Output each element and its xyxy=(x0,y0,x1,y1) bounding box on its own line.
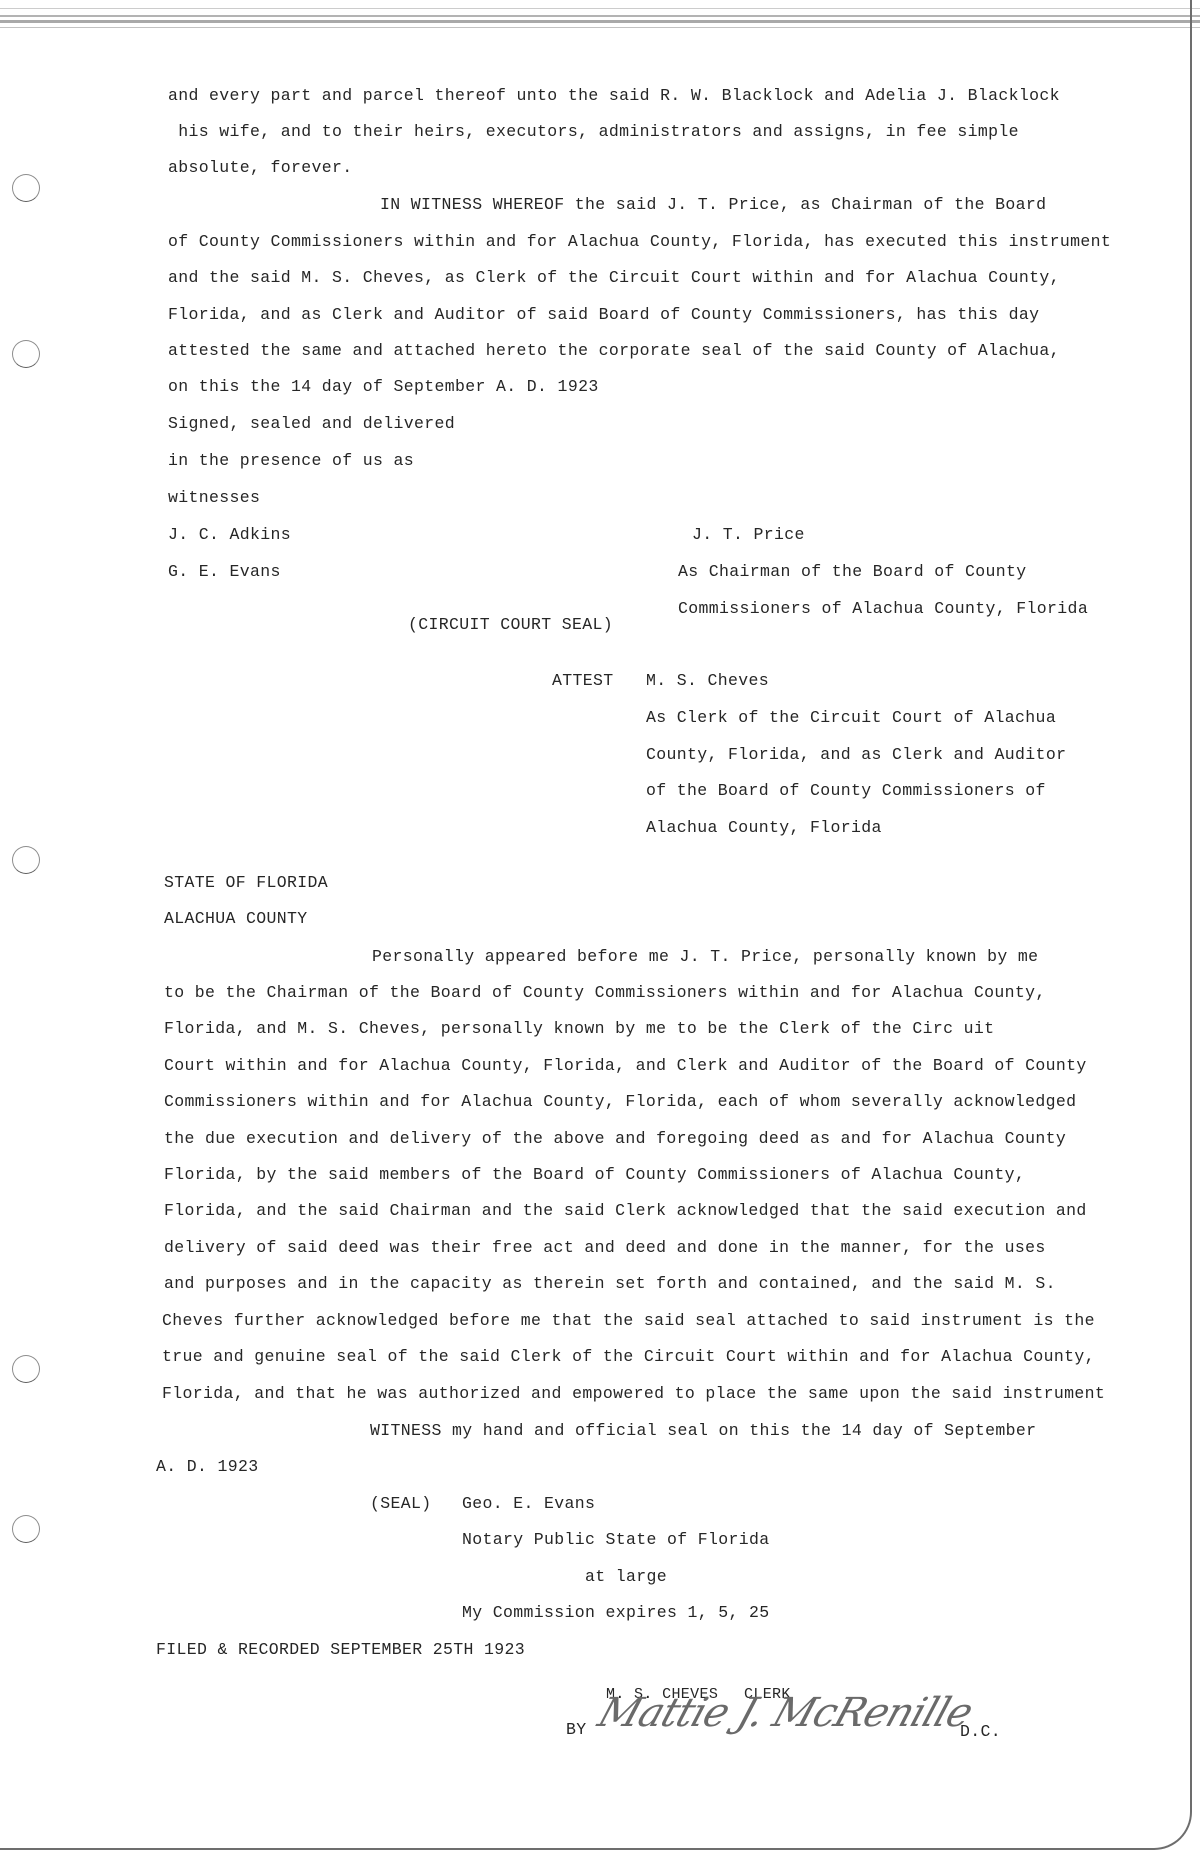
acknowledgment-line: Cheves further acknowledged before me th… xyxy=(162,1311,1095,1331)
deputy-clerk-suffix: D.C. xyxy=(960,1722,1001,1742)
notary-scope: at large xyxy=(585,1567,667,1587)
attest-name: M. S. Cheves xyxy=(646,671,769,691)
acknowledgment-line: Florida, and the said Chairman and the s… xyxy=(164,1201,1087,1221)
witness-name: G. E. Evans xyxy=(168,562,281,582)
witness-paragraph-line: IN WITNESS WHEREOF the said J. T. Price,… xyxy=(380,195,1046,215)
attest-title-line: As Clerk of the Circuit Court of Alachua xyxy=(646,708,1056,728)
acknowledgment-line: and purposes and in the capacity as ther… xyxy=(164,1274,1056,1294)
punch-hole-icon xyxy=(12,174,40,202)
venue-county: ALACHUA COUNTY xyxy=(164,909,308,929)
filed-recorded-line: FILED & RECORDED SEPTEMBER 25TH 1923 xyxy=(156,1640,525,1660)
venue-state: STATE OF FLORIDA xyxy=(164,873,328,893)
witness-name: J. C. Adkins xyxy=(168,525,291,545)
chairman-name: J. T. Price xyxy=(692,525,805,545)
witness-paragraph-line: and the said M. S. Cheves, as Clerk of t… xyxy=(168,268,1060,288)
acknowledgment-line: Florida, and that he was authorized and … xyxy=(162,1384,1105,1404)
notary-witness-line: WITNESS my hand and official seal on thi… xyxy=(370,1421,1036,1441)
deputy-signature: Mattie J. McRenille xyxy=(593,1690,978,1736)
signed-block-line: witnesses xyxy=(168,488,260,508)
chairman-title-line: As Chairman of the Board of County xyxy=(678,562,1027,582)
acknowledgment-line: true and genuine seal of the said Clerk … xyxy=(162,1347,1095,1367)
attest-title-line: of the Board of County Commissioners of xyxy=(646,781,1046,801)
punch-hole-icon xyxy=(12,340,40,368)
acknowledgment-line: to be the Chairman of the Board of Count… xyxy=(164,983,1046,1003)
acknowledgment-line: Commissioners within and for Alachua Cou… xyxy=(164,1092,1076,1112)
acknowledgment-line: Florida, and M. S. Cheves, personally kn… xyxy=(164,1019,994,1039)
document-page: and every part and parcel thereof unto t… xyxy=(0,0,1200,1860)
witness-paragraph-line: of County Commissioners within and for A… xyxy=(168,232,1111,252)
acknowledgment-line: the due execution and delivery of the ab… xyxy=(164,1129,1066,1149)
acknowledgment-line: Florida, by the said members of the Boar… xyxy=(164,1165,1025,1185)
punch-hole-icon xyxy=(12,846,40,874)
acknowledgment-line: delivery of said deed was their free act… xyxy=(164,1238,1046,1258)
acknowledgment-line: Personally appeared before me J. T. Pric… xyxy=(372,947,1038,967)
scan-artifact-band xyxy=(0,8,1200,30)
attest-title-line: County, Florida, and as Clerk and Audito… xyxy=(646,745,1066,765)
witness-paragraph-line: Florida, and as Clerk and Auditor of sai… xyxy=(168,305,1039,325)
by-label: BY xyxy=(566,1720,587,1740)
deed-text-line: his wife, and to their heirs, executors,… xyxy=(168,122,1019,142)
punch-hole-icon xyxy=(12,1355,40,1383)
signed-block-line: Signed, sealed and delivered xyxy=(168,414,455,434)
deed-text-line: and every part and parcel thereof unto t… xyxy=(168,86,1060,106)
attest-label: ATTEST xyxy=(552,671,614,691)
punch-hole-icon xyxy=(12,1515,40,1543)
notary-commission: My Commission expires 1, 5, 25 xyxy=(462,1603,770,1623)
notary-witness-date: A. D. 1923 xyxy=(156,1457,259,1477)
signed-block-line: in the presence of us as xyxy=(168,451,414,471)
witness-paragraph-line: attested the same and attached hereto th… xyxy=(168,341,1060,361)
notary-name: Geo. E. Evans xyxy=(462,1494,595,1514)
notary-seal-label: (SEAL) xyxy=(370,1494,432,1514)
circuit-court-seal-label: (CIRCUIT COURT SEAL) xyxy=(408,615,613,635)
deed-text-line: absolute, forever. xyxy=(168,158,353,178)
notary-title: Notary Public State of Florida xyxy=(462,1530,770,1550)
attest-title-line: Alachua County, Florida xyxy=(646,818,882,838)
acknowledgment-line: Court within and for Alachua County, Flo… xyxy=(164,1056,1087,1076)
chairman-title-line: Commissioners of Alachua County, Florida xyxy=(678,599,1088,619)
witness-paragraph-line: on this the 14 day of September A. D. 19… xyxy=(168,377,599,397)
